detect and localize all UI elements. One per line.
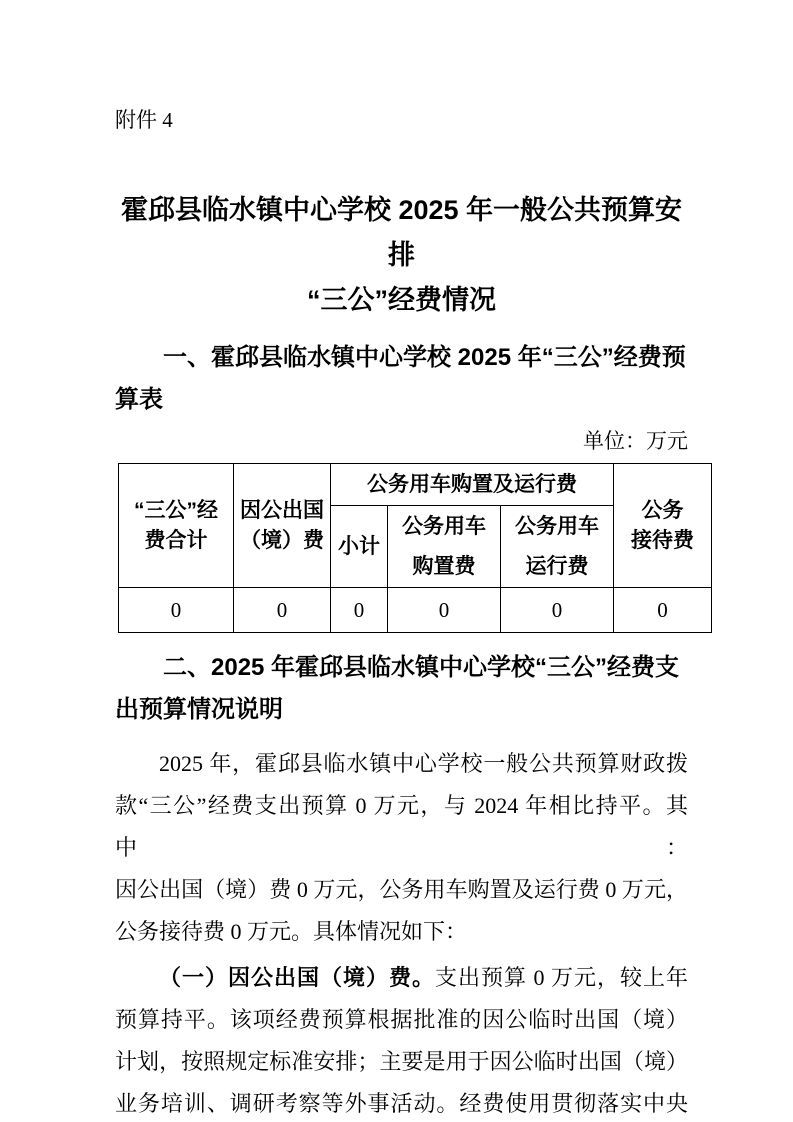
document-page: 附件 4 霍邱县临水镇中心学校 2025 年一般公共预算安排 “三公”经费情况 … xyxy=(0,0,793,1122)
paragraph-abroad-line3: 计划，按照规定标准安排；主要是用于因公临时出国（境） xyxy=(115,1041,688,1083)
paragraph-summary: 2025 年，霍邱县临水镇中心学校一般公共预算财政拨 款“三公”经费支出预算 0… xyxy=(115,743,688,953)
attachment-label: 附件 4 xyxy=(115,106,688,134)
table-cell-vehicle-purchase: 0 xyxy=(388,588,501,633)
paragraph-abroad-line4: 业务培训、调研考察等外事活动。经费使用贯彻落实中央 xyxy=(115,1083,688,1122)
paragraph-summary-line2: 款“三公”经费支出预算 0 万元，与 2024 年相比持平。其中： xyxy=(115,785,688,869)
paragraph-summary-line1: 2025 年，霍邱县临水镇中心学校一般公共预算财政拨 xyxy=(115,743,688,785)
table-header-vehicle-operation: 公务用车 运行费 xyxy=(501,506,614,588)
paragraph-abroad-lead-rest: 支出预算 0 万元，较上年 xyxy=(435,965,688,990)
paragraph-abroad-lead: （一）因公出国（境）费。 xyxy=(159,965,435,990)
table-header-vehicle-subtotal: 小计 xyxy=(331,506,388,588)
paragraph-abroad-detail: （一）因公出国（境）费。支出预算 0 万元，较上年 预算持平。该项经费预算根据批… xyxy=(115,957,688,1122)
table-cell-total: 0 xyxy=(119,588,234,633)
table-header-abroad: 因公出国 （境）费 xyxy=(234,464,331,588)
section1-heading: 一、霍邱县临水镇中心学校 2025 年“三公”经费预 算表 xyxy=(115,337,688,421)
table-header-total: “三公”经 费合计 xyxy=(119,464,234,588)
section1-heading-line1: 一、霍邱县临水镇中心学校 2025 年“三公”经费预 xyxy=(115,337,688,379)
table-header-reception: 公务 接待费 xyxy=(614,464,712,588)
section2-heading: 二、2025 年霍邱县临水镇中心学校“三公”经费支 出预算情况说明 xyxy=(115,647,688,731)
document-title-line1: 霍邱县临水镇中心学校 2025 年一般公共预算安排 xyxy=(115,188,688,278)
table-cell-abroad: 0 xyxy=(234,588,331,633)
paragraph-abroad-line1: （一）因公出国（境）费。支出预算 0 万元，较上年 xyxy=(115,957,688,999)
table-unit-label: 单位：万元 xyxy=(115,427,688,455)
table-cell-reception: 0 xyxy=(614,588,712,633)
document-title-line2: “三公”经费情况 xyxy=(115,278,688,323)
paragraph-summary-line4: 公务接待费 0 万元。具体情况如下： xyxy=(115,911,688,953)
paragraph-abroad-line2: 预算持平。该项经费预算根据批准的因公临时出国（境） xyxy=(115,999,688,1041)
document-content: 附件 4 霍邱县临水镇中心学校 2025 年一般公共预算安排 “三公”经费情况 … xyxy=(115,106,688,1122)
section2-heading-line2: 出预算情况说明 xyxy=(115,689,688,731)
table-header-vehicle-purchase: 公务用车 购置费 xyxy=(388,506,501,588)
table-header-vehicle-group: 公务用车购置及运行费 xyxy=(331,464,614,506)
document-title: 霍邱县临水镇中心学校 2025 年一般公共预算安排 “三公”经费情况 xyxy=(115,188,688,323)
table-row: 0 0 0 0 0 0 xyxy=(119,588,712,633)
table-cell-vehicle-subtotal: 0 xyxy=(331,588,388,633)
paragraph-summary-line3: 因公出国（境）费 0 万元，公务用车购置及运行费 0 万元， xyxy=(115,869,688,911)
section2-heading-line1: 二、2025 年霍邱县临水镇中心学校“三公”经费支 xyxy=(115,647,688,689)
budget-table: “三公”经 费合计 因公出国 （境）费 公务用车购置及运行费 公务 接待费 小计… xyxy=(118,463,712,633)
table-cell-vehicle-operation: 0 xyxy=(501,588,614,633)
section1-heading-line2: 算表 xyxy=(115,379,688,421)
